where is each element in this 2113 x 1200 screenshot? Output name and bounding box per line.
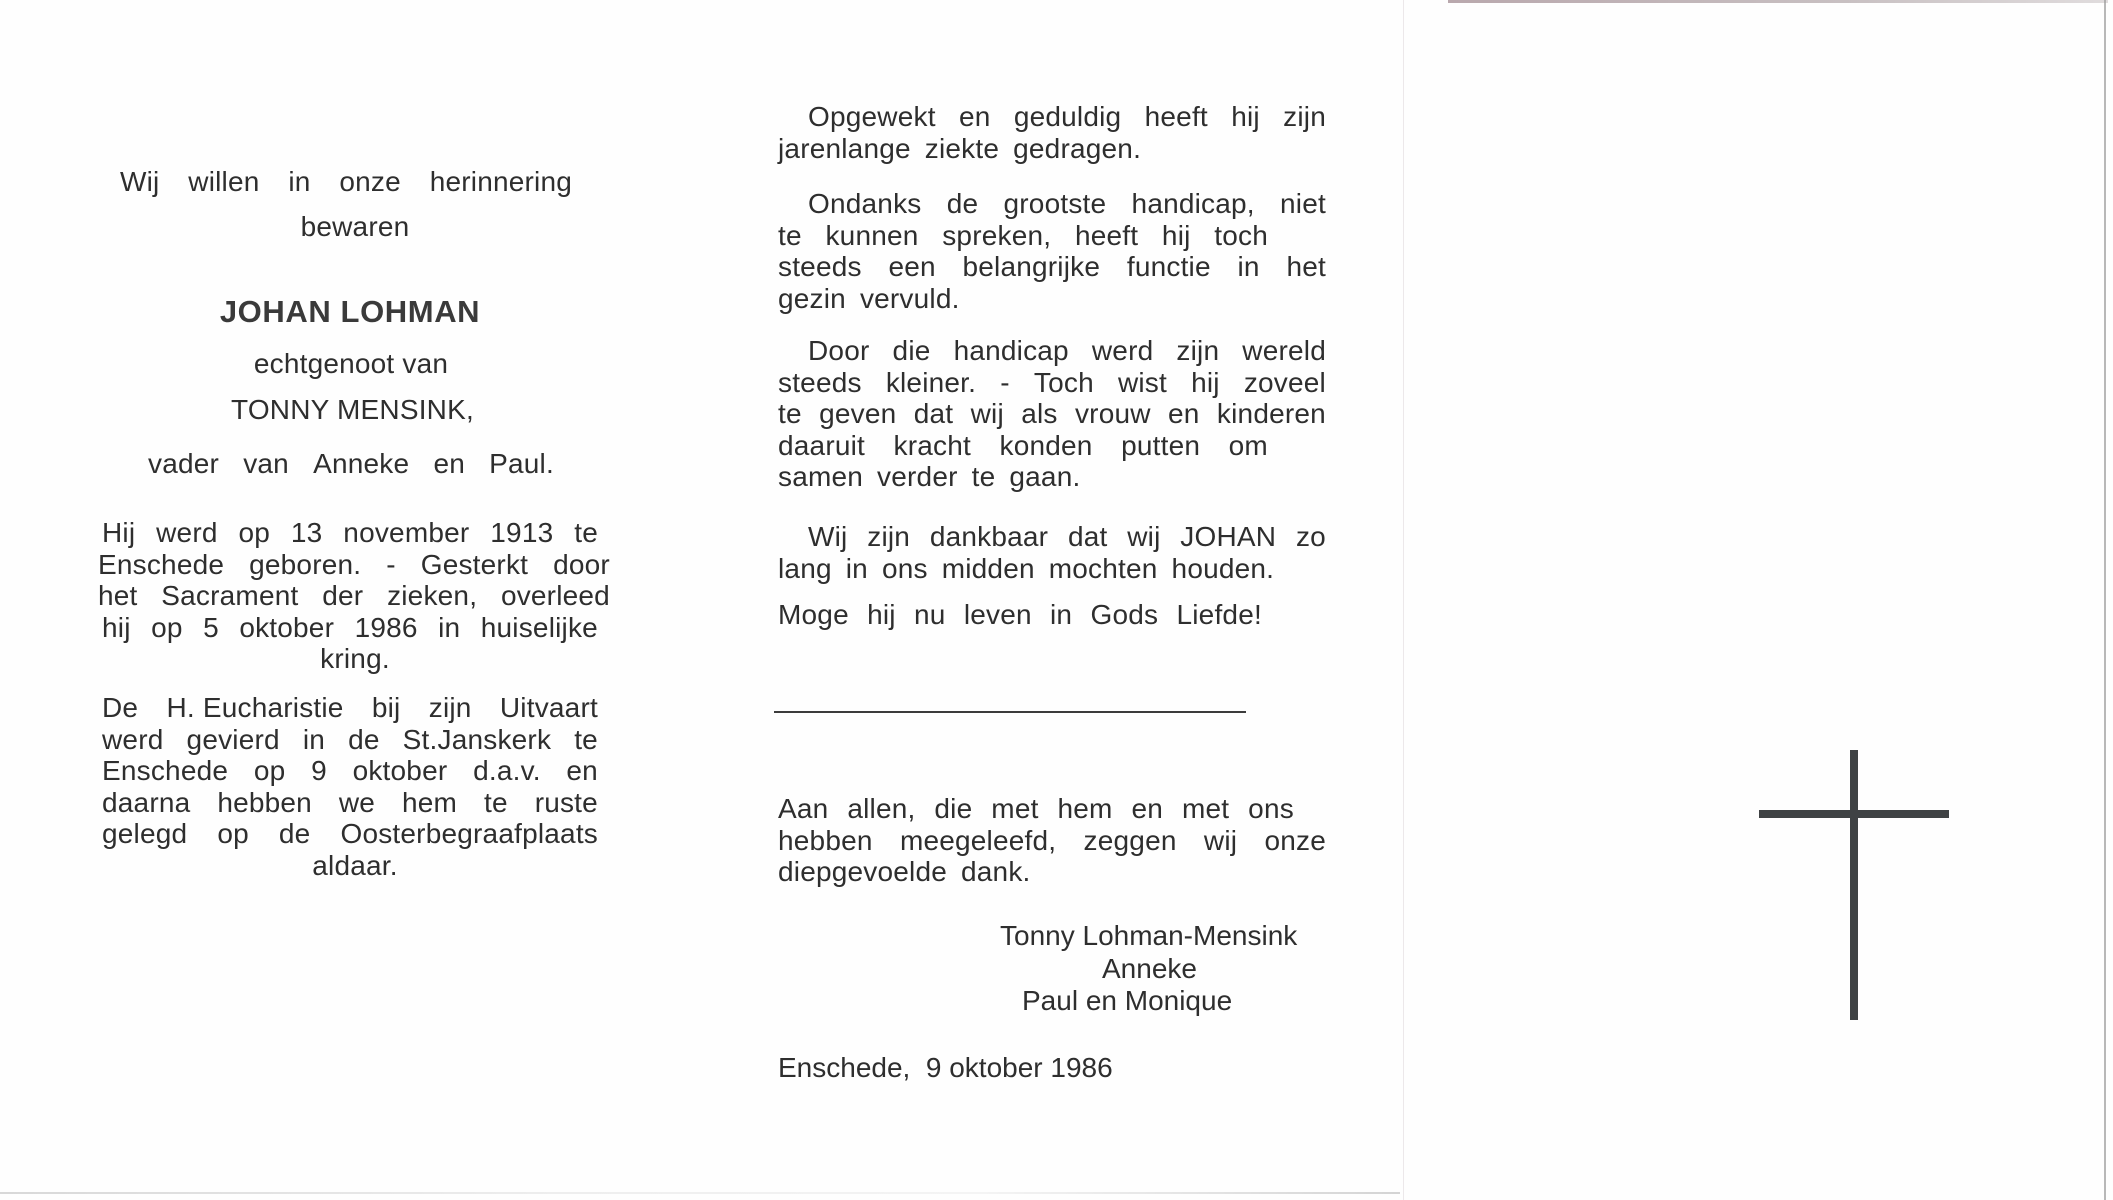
word: hij — [1191, 367, 1220, 399]
text-line: WijzijndankbaardatwijJOHANzo — [778, 521, 1326, 553]
word: wij — [971, 398, 1004, 430]
word: de — [947, 188, 979, 220]
word: Hij — [102, 517, 135, 549]
word: - — [1000, 367, 1010, 399]
word: spreken, — [942, 220, 1051, 252]
word: op — [217, 818, 249, 850]
word: het — [1286, 251, 1326, 283]
word: geboren. — [249, 549, 361, 581]
word: allen, — [847, 793, 915, 825]
word: te — [778, 398, 802, 430]
intro-line-2: bewaren — [100, 211, 610, 243]
text-line: langinonsmiddenmochtenhouden. — [778, 553, 1326, 585]
word: in — [303, 724, 325, 756]
word: onze — [339, 166, 401, 198]
word: 1913 — [490, 517, 553, 549]
funeral-line: werdgevierdindeSt.Janskerkte — [102, 724, 598, 756]
word: jarenlange — [778, 133, 911, 165]
text-line: jarenlangeziektegedragen. — [778, 133, 1326, 165]
word: en — [1168, 398, 1200, 430]
deceased-name: JOHAN LOHMAN — [90, 296, 610, 328]
paragraph: MogehijnuleveninGodsLiefde! — [778, 599, 1326, 631]
word: zijn — [1283, 101, 1326, 133]
text-line: samenverdertegaan. — [778, 461, 1326, 493]
word: wij — [1127, 521, 1160, 553]
word: door — [553, 549, 610, 581]
text-line: gezinvervuld. — [778, 283, 1326, 315]
word: huiselijke — [481, 612, 598, 644]
word: ons — [1248, 793, 1294, 825]
word: dankbaar — [930, 521, 1048, 553]
text-line: steedskleiner.-Tochwisthijzoveel — [778, 367, 1326, 399]
word: Liefde! — [1176, 599, 1261, 631]
word: Enschede — [98, 549, 224, 581]
funeral-line: aldaar. — [100, 850, 610, 882]
signature-child-2: Paul en Monique — [1022, 985, 1232, 1017]
paragraph: Doordiehandicapwerdzijnwereldsteedsklein… — [778, 335, 1326, 493]
word: grootste — [1004, 188, 1107, 220]
biography-line: hetSacramentderzieken,overleed — [98, 580, 610, 612]
word: - — [386, 549, 396, 581]
word: hij — [1162, 220, 1191, 252]
word: en — [959, 101, 991, 133]
word: op — [254, 755, 286, 787]
word: met — [1182, 793, 1229, 825]
word: gezin — [778, 283, 846, 315]
word: in — [1050, 599, 1072, 631]
word: belangrijke — [963, 251, 1101, 283]
word: hebben — [217, 787, 312, 819]
text-line: steedseenbelangrijkefunctieinhet — [778, 251, 1326, 283]
funeral-line: daarnahebbenwehemteruste — [102, 787, 598, 819]
text-line: Doordiehandicapwerdzijnwereld — [778, 335, 1326, 367]
word: Moge — [778, 599, 849, 631]
word: hij — [102, 612, 131, 644]
text-line: MogehijnuleveninGodsLiefde! — [778, 599, 1276, 631]
text-line: Opgewektengeduldigheefthijzijn — [778, 101, 1326, 133]
section-divider — [774, 711, 1246, 713]
paragraph: Ondanksdegrootstehandicap,niettekunnensp… — [778, 188, 1326, 314]
word: als — [1021, 398, 1057, 430]
word: vervuld. — [860, 283, 960, 315]
word: met — [991, 793, 1038, 825]
children-line: vadervanAnnekeenPaul. — [148, 448, 554, 480]
text-line: hebbenmeegeleefd,zeggenwijonze — [778, 825, 1326, 857]
word: willen — [188, 166, 259, 198]
word: handicap — [954, 335, 1069, 367]
word: heeft — [1145, 101, 1208, 133]
word: in — [846, 553, 868, 585]
word: midden — [942, 553, 1035, 585]
word: gevierd — [187, 724, 280, 756]
word: leven — [964, 599, 1032, 631]
funeral-line: gelegdopdeOosterbegraafplaats — [102, 818, 598, 850]
word: zieken, — [387, 580, 477, 612]
biography-line: Hijwerdop13november1913te — [102, 517, 598, 549]
word: kinderen — [1217, 398, 1326, 430]
word: bij — [372, 692, 401, 724]
word: Ondanks — [808, 188, 921, 220]
word: te — [484, 787, 508, 819]
word: diepgevoelde — [778, 856, 947, 888]
word: de — [279, 818, 311, 850]
word: herinnering — [430, 166, 572, 198]
biography-line: hijop5oktober1986inhuiselijke — [102, 612, 598, 644]
spouse-name: TONNY MENSINK, — [95, 394, 610, 426]
word: Paul. — [489, 448, 554, 480]
word: Enschede — [102, 755, 228, 787]
word: hij — [867, 599, 896, 631]
word: werd — [156, 517, 218, 549]
word: in — [1238, 251, 1260, 283]
word: Gods — [1090, 599, 1158, 631]
word: zijn — [1176, 335, 1219, 367]
word: dank. — [961, 856, 1031, 888]
thanks-paragraph: Aanallen,diemethemenmetonshebbenmeegelee… — [778, 793, 1326, 888]
word: De — [102, 692, 138, 724]
word: dat — [1068, 521, 1108, 553]
word: wist — [1118, 367, 1167, 399]
word: Uitvaart — [500, 692, 598, 724]
word: d.a.v. — [473, 755, 541, 787]
word: te — [778, 220, 802, 252]
word: dat — [914, 398, 954, 430]
word: te — [972, 461, 996, 493]
word: hem — [1058, 793, 1113, 825]
word: zijn — [429, 692, 472, 724]
word: samen — [778, 461, 863, 493]
relation-label: echtgenoot van — [92, 348, 610, 380]
word: november — [343, 517, 469, 549]
word: die — [934, 793, 972, 825]
word: putten — [1121, 430, 1200, 462]
signature-spouse: Tonny Lohman-Mensink — [1000, 920, 1297, 952]
word: zijn — [867, 521, 910, 553]
word: zoveel — [1244, 367, 1326, 399]
word: we — [339, 787, 375, 819]
word: ons — [882, 553, 928, 585]
word: geduldig — [1014, 101, 1121, 133]
word: Oosterbegraafplaats — [340, 818, 598, 850]
word: en — [433, 448, 465, 480]
word: werd — [102, 724, 164, 756]
word: Sacrament — [161, 580, 298, 612]
word: Door — [808, 335, 870, 367]
word: kracht — [894, 430, 971, 462]
word: steeds — [778, 367, 862, 399]
word: zeggen — [1084, 825, 1177, 857]
word: Opgewekt — [808, 101, 936, 133]
word: ruste — [535, 787, 598, 819]
word: geven — [819, 398, 896, 430]
word: verder — [877, 461, 958, 493]
word: oktober — [239, 612, 334, 644]
word: te — [574, 517, 598, 549]
signature-child-1: Anneke — [1102, 953, 1197, 985]
word: lang — [778, 553, 832, 585]
word: vrouw — [1075, 398, 1151, 430]
card-bottom-edge — [0, 1192, 1400, 1194]
word: Gesterkt — [421, 549, 528, 581]
word: steeds — [778, 251, 862, 283]
word: om — [1229, 430, 1268, 462]
word: daaruit — [778, 430, 865, 462]
word: Wij — [808, 521, 847, 553]
word: van — [243, 448, 289, 480]
word: gaan. — [1009, 461, 1080, 493]
word: ziekte — [925, 133, 999, 165]
word: toch — [1214, 220, 1268, 252]
word: handicap, — [1132, 188, 1255, 220]
word: wereld — [1242, 335, 1326, 367]
paragraph: WijzijndankbaardatwijJOHANzolanginonsmid… — [778, 521, 1326, 584]
card-top-edge — [1448, 0, 2108, 3]
word: mochten — [1049, 553, 1158, 585]
word: 1986 — [355, 612, 418, 644]
word: 5 — [203, 612, 219, 644]
word: Toch — [1034, 367, 1094, 399]
word: H. Eucharistie — [166, 692, 343, 724]
text-line: tekunnenspreken,heefthijtoch — [778, 220, 1268, 252]
word: der — [322, 580, 363, 612]
text-line: Aanallen,diemethemenmetons — [778, 793, 1294, 825]
word: meegeleefd, — [900, 825, 1056, 857]
word: in — [438, 612, 460, 644]
text-line: diepgevoeldedank. — [778, 856, 1326, 888]
word: houden. — [1172, 553, 1275, 585]
memorial-card: Wijwilleninonzeherinnering bewaren JOHAN… — [0, 0, 2113, 1200]
word: onze — [1264, 825, 1326, 857]
card-fold-line — [1403, 0, 1404, 1200]
biography-line: Enschedegeboren.-Gesterktdoor — [98, 549, 610, 581]
word: op — [238, 517, 270, 549]
word: de — [348, 724, 380, 756]
text-line: tegevendatwijalsvrouwenkinderen — [778, 398, 1326, 430]
word: in — [288, 166, 310, 198]
word: die — [893, 335, 931, 367]
word: 13 — [291, 517, 323, 549]
word: JOHAN — [1180, 521, 1276, 553]
funeral-line: DeH. EucharistiebijzijnUitvaart — [102, 692, 598, 724]
word: gelegd — [102, 818, 187, 850]
word: werd — [1092, 335, 1154, 367]
cross-vertical-bar — [1850, 750, 1858, 1020]
word: daarna — [102, 787, 190, 819]
word: Anneke — [313, 448, 409, 480]
word: te — [574, 724, 598, 756]
word: konden — [1000, 430, 1093, 462]
word: oktober — [353, 755, 448, 787]
place-date: Enschede, 9 oktober 1986 — [778, 1052, 1113, 1084]
cross-horizontal-bar — [1759, 810, 1949, 818]
biography-line: kring. — [100, 643, 610, 675]
word: hij — [1231, 101, 1260, 133]
word: en — [1132, 793, 1164, 825]
word: op — [151, 612, 183, 644]
text-line: daaruitkrachtkondenputtenom — [778, 430, 1268, 462]
word: gedragen. — [1013, 133, 1141, 165]
word: hem — [402, 787, 457, 819]
funeral-line: Enschedeop9oktoberd.a.v.en — [102, 755, 598, 787]
word: Aan — [778, 793, 828, 825]
word: het — [98, 580, 138, 612]
word: 9 — [311, 755, 327, 787]
word: zo — [1296, 521, 1326, 553]
word: kunnen — [825, 220, 918, 252]
word: Wij — [120, 166, 159, 198]
intro-line-1: Wijwilleninonzeherinnering — [120, 166, 572, 198]
word: nu — [914, 599, 946, 631]
word: functie — [1127, 251, 1211, 283]
word: een — [888, 251, 935, 283]
word: kleiner. — [886, 367, 976, 399]
paragraph: Opgewektengeduldigheefthijzijnjarenlange… — [778, 101, 1326, 164]
text-line: Ondanksdegrootstehandicap,niet — [778, 188, 1326, 220]
word: wij — [1204, 825, 1237, 857]
word: niet — [1280, 188, 1326, 220]
word: hebben — [778, 825, 873, 857]
card-right-edge — [2104, 0, 2106, 1200]
word: vader — [148, 448, 219, 480]
word: St.Janskerk — [403, 724, 551, 756]
word: overleed — [501, 580, 610, 612]
word: en — [566, 755, 598, 787]
word: heeft — [1075, 220, 1138, 252]
